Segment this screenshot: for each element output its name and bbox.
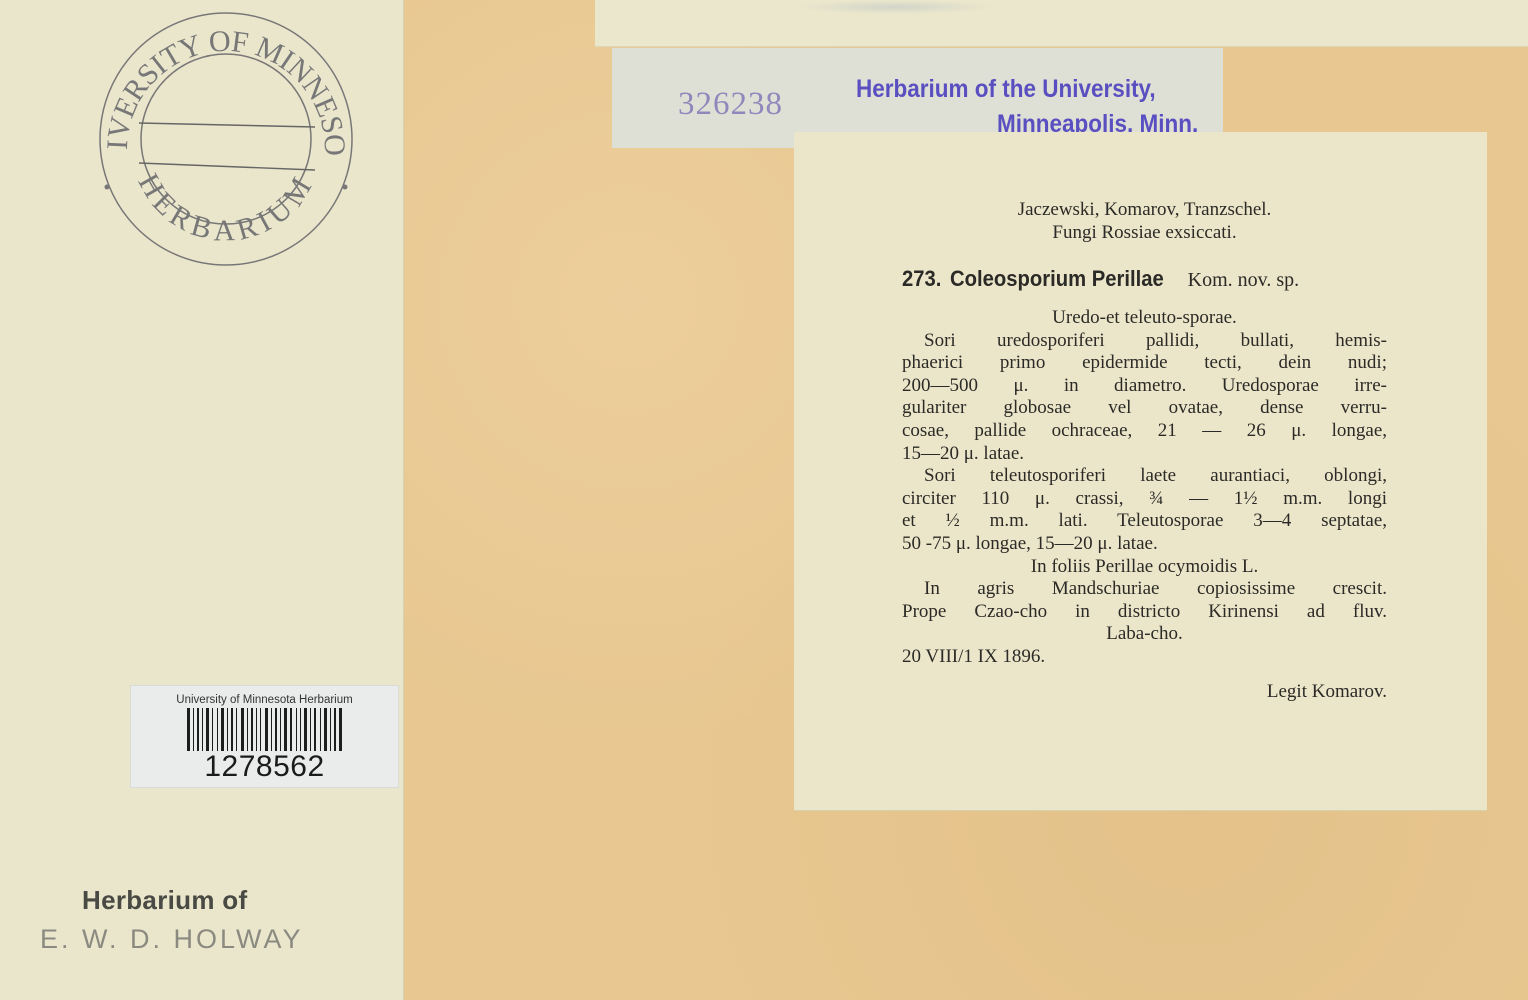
catalog-number: 1278562 bbox=[131, 752, 398, 782]
exsiccata-authors: Jaczewski, Komarov, Tranzschel. bbox=[902, 198, 1387, 221]
taxon-author: Kom. nov. sp. bbox=[1188, 269, 1299, 291]
description-line: 50 -75 μ. longae, 15—20 μ. latae. bbox=[902, 533, 1387, 556]
description-block: Uredo-et teleuto-sporae. Sori uredospori… bbox=[902, 307, 1387, 703]
barcode-label: University of Minnesota Herbarium 127856… bbox=[131, 686, 398, 787]
locality-line: Laba-cho. bbox=[902, 623, 1387, 646]
description-line: 15—20 μ. latae. bbox=[902, 443, 1387, 466]
description-line: Sori teleutosporiferi laete aurantiaci, … bbox=[902, 465, 1387, 488]
accession-stamp-line1: Herbarium of the University, bbox=[856, 75, 1156, 104]
holway-stamp-line1: Herbarium of bbox=[82, 885, 340, 916]
description-line: cosae, pallide ochraceae, 21 — 26 μ. lon… bbox=[902, 420, 1387, 443]
collection-date: 20 VIII/1 IX 1896. bbox=[902, 646, 1387, 669]
specimen-label: Jaczewski, Komarov, Tranzschel. Fungi Ro… bbox=[794, 132, 1487, 810]
accession-number: 326238 bbox=[678, 86, 783, 123]
exsiccata-number: 273. bbox=[902, 266, 941, 292]
description-line: phaerici primo epidermide tecti, dein nu… bbox=[902, 352, 1387, 375]
holway-stamp-line2: E. W. D. HOLWAY bbox=[40, 924, 340, 955]
taxon-name: Coleosporium Perillae bbox=[950, 266, 1164, 292]
holway-herbarium-stamp: Herbarium of E. W. D. HOLWAY bbox=[40, 885, 340, 955]
exsiccata-series: Fungi Rossiae exsiccati. bbox=[902, 221, 1387, 244]
locality-line: Prope Czao-cho in districto Kirinensi ad… bbox=[902, 601, 1387, 624]
stamp-seal-icon: UNIVERSITY OF MINNESOTA HERBARIUM bbox=[97, 10, 355, 268]
svg-text:HERBARIUM: HERBARIUM bbox=[131, 168, 320, 248]
taxon-title: 273. Coleosporium Perillae Kom. nov. sp. bbox=[902, 266, 1387, 293]
description-line: gulariter globosae vel ovatae, dense ver… bbox=[902, 397, 1387, 420]
collector: Legit Komarov. bbox=[902, 681, 1387, 704]
host-line: In foliis Perillae ocymoidis L. bbox=[902, 556, 1387, 579]
description-line: 200—500 μ. in diametro. Uredosporae irre… bbox=[902, 375, 1387, 398]
locality-line: In agris Mandschuriae copiosissime cresc… bbox=[902, 578, 1387, 601]
description-heading: Uredo-et teleuto-sporae. bbox=[902, 307, 1387, 330]
university-herbarium-stamp: UNIVERSITY OF MINNESOTA HERBARIUM bbox=[97, 10, 355, 268]
description-line: et ½ m.m. lati. Teleutosporae 3—4 septat… bbox=[902, 510, 1387, 533]
description-line: circiter 110 μ. crassi, ¾ — 1½ m.m. long… bbox=[902, 488, 1387, 511]
herbarium-sheet-strip: UNIVERSITY OF MINNESOTA HERBARIUM Univer… bbox=[0, 0, 404, 1000]
svg-text:UNIVERSITY OF MINNESOTA: UNIVERSITY OF MINNESOTA bbox=[97, 10, 351, 156]
paper-smudge bbox=[795, 0, 995, 14]
barcode-icon bbox=[187, 708, 343, 751]
barcode-institution: University of Minnesota Herbarium bbox=[131, 694, 398, 706]
description-line: Sori uredosporiferi pallidi, bullati, he… bbox=[902, 330, 1387, 353]
top-paper-sheet bbox=[595, 0, 1528, 47]
